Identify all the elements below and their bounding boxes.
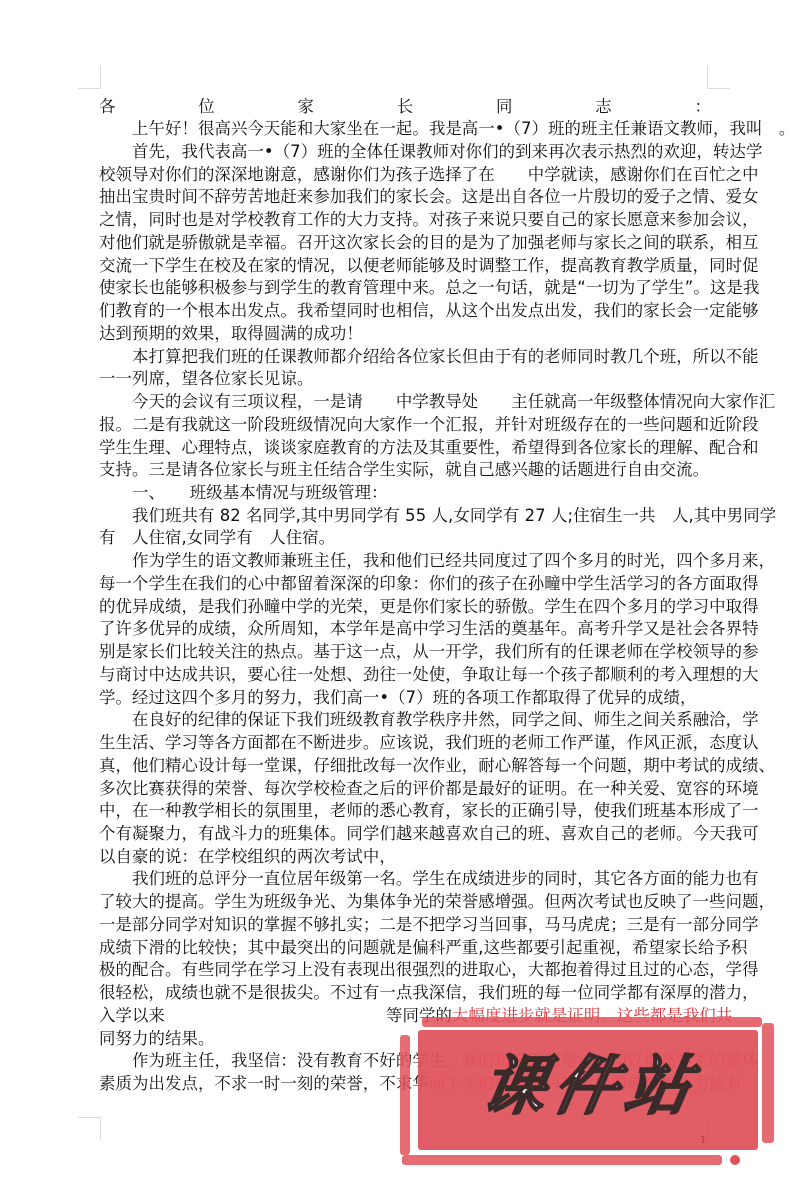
text-line: 上午好！很高兴今天能和大家坐在一起。我是高一•（7）班的班主任兼语文教师，我叫 …: [99, 118, 711, 141]
text-line: 报。二是有我就这一阶段班级情况向大家作一个汇报，并针对班级存在的一些问题和近阶段: [99, 414, 711, 437]
text-line: 本打算把我们班的任课教师都介绍给各位家长但由于有的老师同时教几个班，所以不能: [99, 346, 711, 369]
text-line: 素质为出发点，不求一时一刻的荣誉，不求华而不实的虚名，只求学生的成绩和能力能有一: [99, 1073, 711, 1096]
text-line: 中，在一种教学相长的氛围里，老师的悉心教育，家长的正确引导，使我们班基本形成了一: [99, 800, 711, 823]
text-line: 作为班主任，我坚信：没有教育不好的学生。我的指导思想是：一切以提高学生的整体: [99, 1050, 711, 1073]
text-line: 支持。三是请各位家长与班主任结合学生实际，就自己感兴趣的话题进行自由交流。: [99, 459, 711, 482]
document-body: 各位家长同志：上午好！很高兴今天能和大家坐在一起。我是高一•（7）班的班主任兼语…: [99, 96, 711, 1096]
text-line: 个有凝聚力，有战斗力的班集体。同学们越来越喜欢自己的班、喜欢自己的老师。今天我可: [99, 823, 711, 846]
text-line: 达到预期的效果，取得圆满的成功！: [99, 323, 711, 346]
text-line: 学生生理、心理特点，谈谈家庭教育的方法及其重要性，希望得到各位家长的理解、配合和: [99, 437, 711, 460]
text-line: 我们班的总评分一直位居年级第一名。学生在成绩进步的同时，其它各方面的能力也有: [99, 868, 711, 891]
text-line: 了许多优异的成绩，众所周知，本学年是高中学习生活的奠基年。高考升学又是社会各界特: [99, 618, 711, 641]
text-line: 校领导对你们的深深地谢意，感谢你们为孩子选择了在 中学就读，感谢你们在百忙之中: [99, 164, 711, 187]
text-line: 很轻松，成绩也就不是很拔尖。不过有一点我深信，我们班的每一位同学都有深厚的潜力，: [99, 982, 711, 1005]
page-corner-mark-bottom-right: [707, 1117, 730, 1140]
text-fragment-highlighted: 大幅度进步就是证明。这些都是我们共: [452, 1006, 732, 1025]
text-line: 首先，我代表高一•（7）班的全体任课教师对你们的到来再次表示热烈的欢迎，转达学: [99, 141, 711, 164]
stamp-edge: [402, 1155, 722, 1165]
page-corner-mark-top-left: [78, 66, 101, 89]
text-line: 入学以来等同学的大幅度进步就是证明。这些都是我们共: [99, 1005, 711, 1028]
text-line: 生生活、学习等各方面都在不断进步。应该说，我们班的老师工作严谨，作风正派，态度认: [99, 732, 711, 755]
page-corner-mark-top-right: [707, 66, 730, 89]
page-number: 1: [700, 1135, 706, 1146]
text-line: 各位家长同志：: [99, 96, 711, 119]
text-line: 极的配合。有些同学在学习上没有表现出很强烈的进取心，大都抱着得过且过的心态，学得: [99, 959, 711, 982]
text-fragment: 等同学的大幅度进步就是证明。这些都是我们共: [386, 1005, 732, 1028]
text-line: 一一列席，望各位家长见谅。: [99, 368, 711, 391]
text-line: 对他们就是骄傲就是幸福。召开这次家长会的目的是为了加强老师与家长之间的联系，相互: [99, 232, 711, 255]
text-line: 们教育的一个根本出发点。我希望同时也相信，从这个出发点出发，我们的家长会一定能够: [99, 300, 711, 323]
text-line: 今天的会议有三项议程，一是请 中学教导处 主任就高一年级整体情况向大家作汇: [99, 391, 711, 414]
text-fragment: 等同学的: [386, 1006, 452, 1025]
text-line: 成绩下滑的比较快；其中最突出的问题就是偏科严重,这些都要引起重视，希望家长给予积: [99, 937, 711, 960]
text-line: 了较大的提高。学生为班级争光、为集体争光的荣誉感增强。但两次考试也反映了一些问题…: [99, 891, 711, 914]
text-line: 我们班共有 82 名同学,其中男同学有 55 人,女同学有 27 人;住宿生一共…: [99, 505, 711, 528]
text-line: 真，他们精心设计每一堂课，仔细批改每一次作业，耐心解答每一个问题，期中考试的成绩…: [99, 755, 711, 778]
text-fragment: 作为班主任，我坚信：没有教育不好的学生。: [132, 1051, 462, 1070]
stamp-edge: [762, 1023, 774, 1143]
text-line: 作为学生的语文教师兼班主任，我和他们已经共同度过了四个多月的时光，四个多月来，: [99, 550, 711, 573]
text-line: 使家长也能够积极参与到学生的教育管理中来。总之一句话，就是“一切为了学生”。这是…: [99, 277, 711, 300]
text-line: 学。经过这四个多月的努力，我们高一•（7）班的各项工作都取得了优异的成绩，: [99, 687, 711, 710]
text-line: 在良好的纪律的保证下我们班级教育教学秩序井然，同学之间、师生之间关系融洽，学: [99, 709, 711, 732]
text-line: 同努力的结果。: [99, 1028, 711, 1051]
text-fragment: 入学以来: [99, 1006, 165, 1025]
text-line: 一、 班级基本情况与班级管理：: [99, 482, 711, 505]
text-line: 交流一下学生在校及在家的情况，以便老师能够及时调整工作，提高教育教学质量，同时促: [99, 255, 711, 278]
text-line: 一是部分同学对知识的掌握不够扎实；二是不把学习当回事，马马虎虎；三是有一部分同学: [99, 914, 711, 937]
page-corner-mark-bottom-left: [78, 1117, 101, 1140]
text-line: 以自豪的说：在学校组织的两次考试中，: [99, 846, 711, 869]
text-line: 多次比赛获得的荣誉、每次学校检查之后的评价都是最好的证明。在一种关爱、宽容的环境: [99, 778, 711, 801]
text-line: 与商讨中达成共识，要心往一处想、劲往一处使，争取让每一个孩子都顺利的考入理想的大: [99, 664, 711, 687]
text-fragment-highlighted: 我的指导思想是：一切以提高学生的整体: [462, 1051, 759, 1070]
stamp-edge: [730, 1155, 740, 1165]
text-line: 的优异成绩，是我们孙疃中学的光荣，更是你们家长的骄傲。学生在四个多月的学习中取得: [99, 596, 711, 619]
text-line: 别是家长们比较关注的热点。基于这一点，从一开学，我们所有的任课老师在学校领导的参: [99, 641, 711, 664]
text-line: 之情，同时也是对学校教育工作的大力支持。对孩子来说只要自己的家长愿意来参加会议，: [99, 209, 711, 232]
text-fragment-highlighted: 而不实的虚名，只求学生的成绩和能力能有一: [429, 1074, 759, 1093]
document-page: 各位家长同志：上午好！很高兴今天能和大家坐在一起。我是高一•（7）班的班主任兼语…: [0, 0, 800, 1200]
text-line: 每一个学生在我们的心中都留着深深的印象：你们的孩子在孙疃中学生活学习的各方面取得: [99, 573, 711, 596]
text-line: 有 人住宿,女同学有 人住宿。: [99, 527, 711, 550]
text-fragment: 素质为出发点，不求一时一刻的荣誉，不求华: [99, 1074, 429, 1093]
text-line: 抽出宝贵时间不辞劳苦地赶来参加我们的家长会。这是出自各位一片殷切的爱子之情、爱女: [99, 186, 711, 209]
